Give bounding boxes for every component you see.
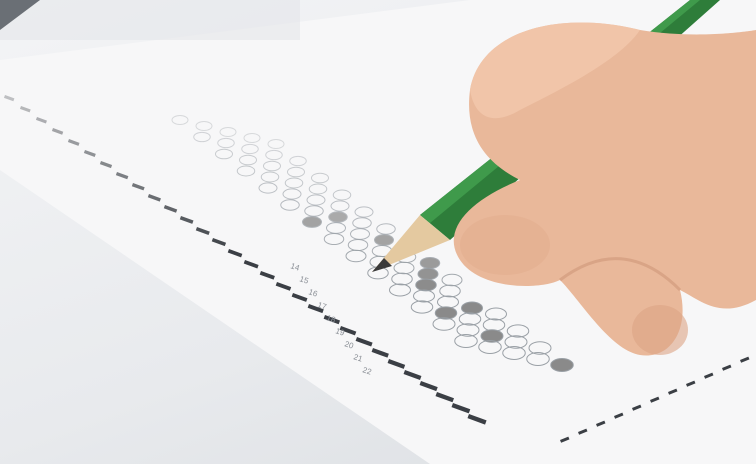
photo-scene: 1415161718192021224445 [0,0,756,464]
index-finger [460,215,550,275]
answer-sheet-illustration: 1415161718192021224445 [0,0,756,464]
finger [632,305,688,355]
